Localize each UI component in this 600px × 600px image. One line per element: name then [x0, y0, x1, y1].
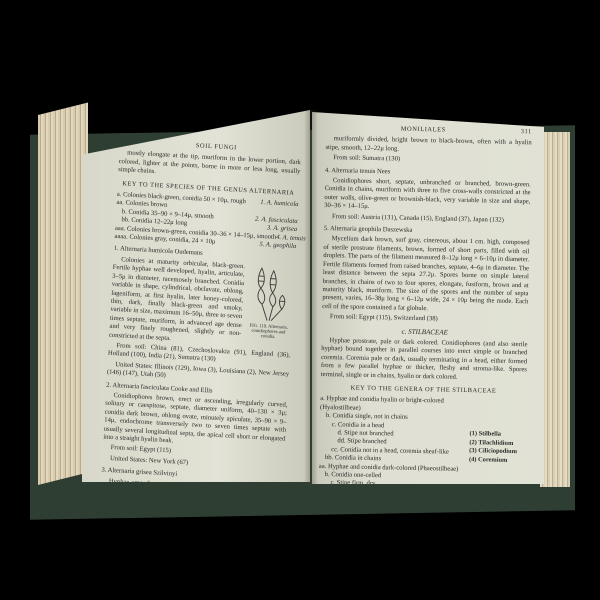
figure-119: FIG. 119. Alternaria, conidiophores and …: [245, 265, 295, 340]
book-gutter: [304, 110, 318, 485]
genera-results: (1) Stilbella (2) Tilachlidium (3) Cilic…: [468, 398, 526, 484]
species-description: Mycelium dark brown, surf gray, cinereou…: [322, 235, 530, 315]
right-running-head: MONILIALES 311: [326, 124, 532, 137]
running-head-title: MONILIALES: [401, 126, 446, 135]
page-number: 311: [521, 128, 532, 137]
left-page: 310 SOIL FUNGI mostly elongate at the ti…: [82, 110, 310, 482]
figure-caption: FIG. 119. Alternaria, conidiophores and …: [245, 322, 292, 340]
from-soil: From soil: Egypt (115), Switzerland (38): [322, 313, 528, 326]
right-page: MONILIALES 311 muriformly divided, brigh…: [312, 112, 544, 484]
genera-key: a. Hyphae and conidia hyalin or bright-c…: [318, 395, 526, 484]
running-head-title: SOIL FUNGI: [196, 142, 237, 153]
section-text: Hyphae prostrate, pale or dark colored. …: [321, 337, 528, 383]
genera-key-title: KEY TO THE GENERA OF THE STILBACEAE: [320, 384, 526, 397]
species-description: Conidiophores short, septate, unbranched…: [324, 177, 531, 215]
species-description: Conidiophores brown, erect or ascending,…: [103, 392, 288, 453]
species-key: a. Colonies black-green, conidia 50 × 10…: [114, 191, 299, 252]
genus-name: (4) Coremium: [469, 456, 525, 466]
from-soil: From soil: Austria (131), Canada (15), E…: [324, 213, 530, 226]
section-title: c. STILBACEAE: [322, 325, 528, 338]
open-book: 310 SOIL FUNGI mostly elongate at the ti…: [0, 0, 600, 600]
page-edges-right: [540, 132, 570, 487]
continuation-text: muriformly divided, bright brown to blac…: [325, 135, 531, 156]
from-soil: From soil: Sumatra (130): [325, 154, 531, 167]
page-edges-left: [38, 103, 88, 485]
conidia-illustration-icon: [249, 265, 292, 323]
